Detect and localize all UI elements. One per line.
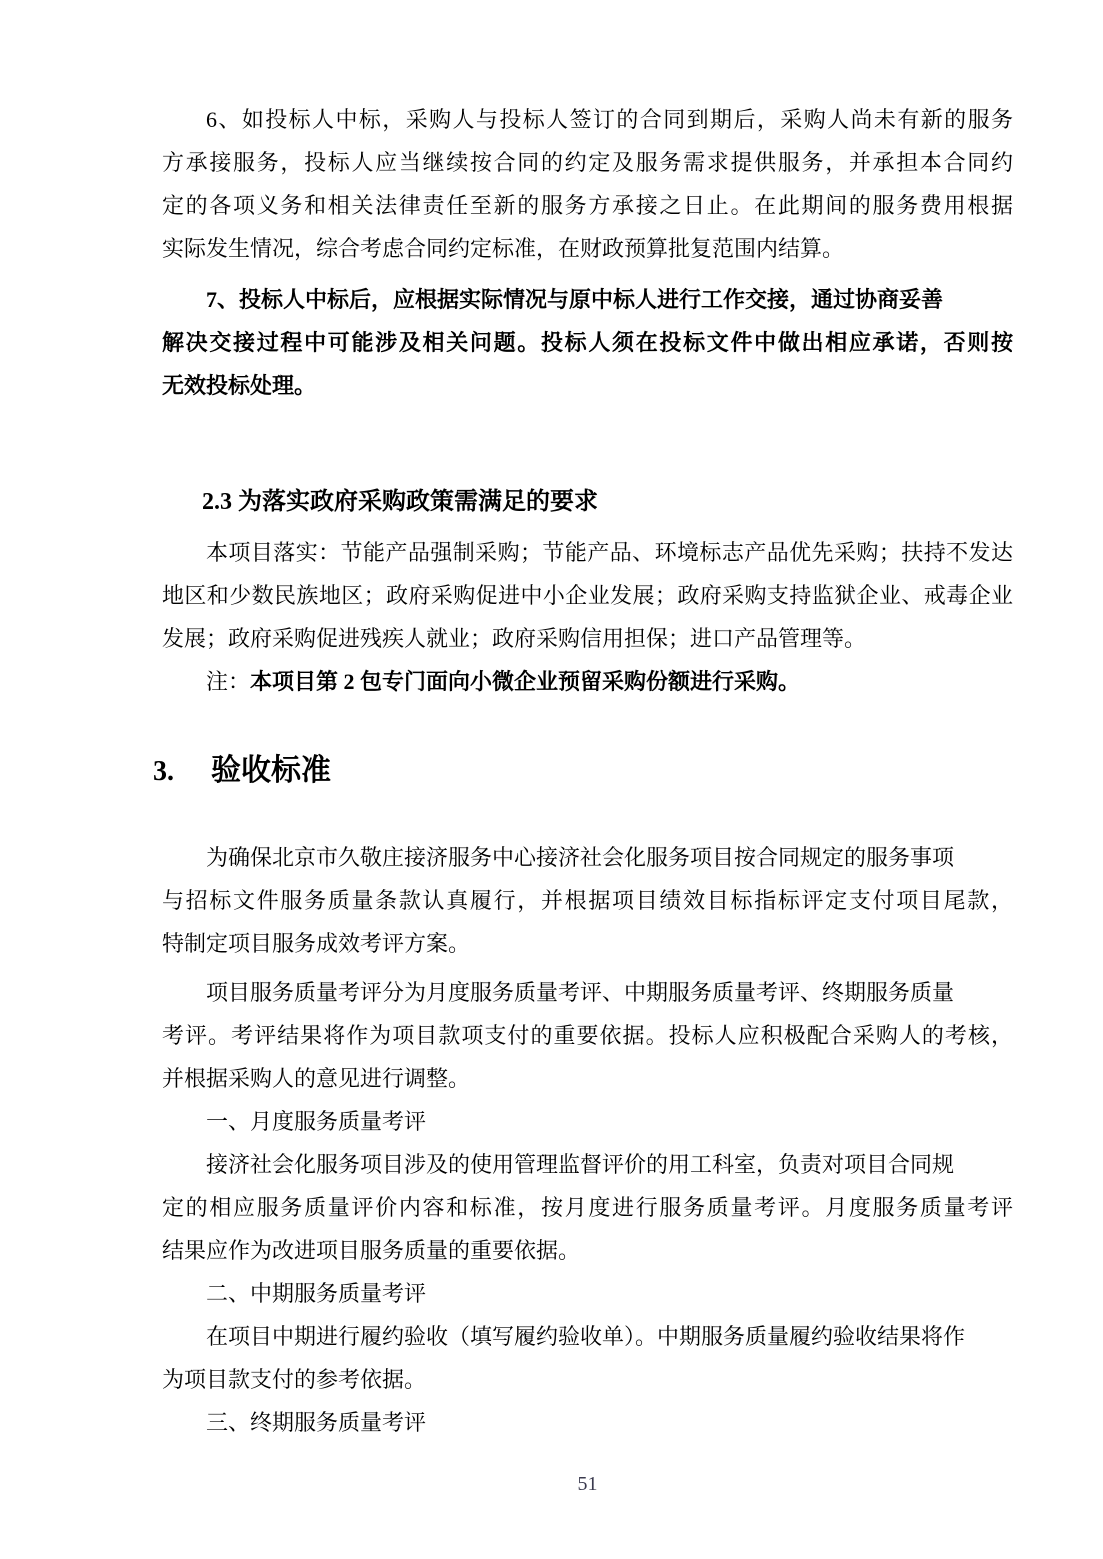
note-text: 本项目第 2 包专门面向小微企业预留采购份额进行采购。 <box>250 669 800 694</box>
text-line: 7、投标人中标后，应根据实际情况与原中标人进行工作交接，通过协商妥善 <box>162 278 1013 321</box>
page-number: 51 <box>162 1471 1013 1497</box>
paragraph-6: 6、如投标人中标，采购人与投标人签订的合同到期后，采购人尚未有新的服务 方承接服… <box>162 98 1013 270</box>
paragraph-7-bold: 7、投标人中标后，应根据实际情况与原中标人进行工作交接，通过协商妥善 解决交接过… <box>162 278 1013 407</box>
text-line: 在项目中期进行履约验收（填写履约验收单）。中期服务质量履约验收结果将作 <box>162 1315 1013 1358</box>
document-page: 6、如投标人中标，采购人与投标人签订的合同到期后，采购人尚未有新的服务 方承接服… <box>0 0 1103 1559</box>
section-3-heading: 3.验收标准 <box>153 749 1013 794</box>
text-line: 与招标文件服务质量条款认真履行，并根据项目绩效目标指标评定支付项目尾款， <box>162 879 1013 922</box>
text-line: 结果应作为改进项目服务质量的重要依据。 <box>162 1229 1013 1272</box>
text-line: 实际发生情况，综合考虑合同约定标准，在财政预算批复范围内结算。 <box>162 227 1013 270</box>
policy-paragraph: 本项目落实：节能产品强制采购；节能产品、环境标志产品优先采购；扶持不发达 地区和… <box>162 531 1013 660</box>
text-line: 定的各项义务和相关法律责任至新的服务方承接之日止。在此期间的服务费用根据 <box>162 184 1013 227</box>
midterm-evaluation-subheading: 二、中期服务质量考评 <box>162 1272 1013 1315</box>
text-line: 发展；政府采购促进残疾人就业；政府采购信用担保；进口产品管理等。 <box>162 617 1013 660</box>
text-line: 项目服务质量考评分为月度服务质量考评、中期服务质量考评、终期服务质量 <box>162 971 1013 1014</box>
text-line: 地区和少数民族地区；政府采购促进中小企业发展；政府采购支持监狱企业、戒毒企业 <box>162 574 1013 617</box>
evaluation-overview-paragraph: 项目服务质量考评分为月度服务质量考评、中期服务质量考评、终期服务质量 考评。考评… <box>162 971 1013 1100</box>
text-line: 方承接服务，投标人应当继续按合同的约定及服务需求提供服务，并承担本合同约 <box>162 141 1013 184</box>
text-line: 无效投标处理。 <box>162 364 1013 407</box>
text-line: 特制定项目服务成效考评方案。 <box>162 922 1013 965</box>
monthly-evaluation-paragraph: 接济社会化服务项目涉及的使用管理监督评价的用工科室，负责对项目合同规 定的相应服… <box>162 1143 1013 1272</box>
text-line: 定的相应服务质量评价内容和标准，按月度进行服务质量考评。月度服务质量考评 <box>162 1186 1013 1229</box>
text-line: 为项目款支付的参考依据。 <box>162 1358 1013 1401</box>
text-line: 考评。考评结果将作为项目款项支付的重要依据。投标人应积极配合采购人的考核， <box>162 1014 1013 1057</box>
text-line: 解决交接过程中可能涉及相关问题。投标人须在投标文件中做出相应承诺，否则按 <box>162 321 1013 364</box>
midterm-evaluation-paragraph: 在项目中期进行履约验收（填写履约验收单）。中期服务质量履约验收结果将作 为项目款… <box>162 1315 1013 1401</box>
document-content: 6、如投标人中标，采购人与投标人签订的合同到期后，采购人尚未有新的服务 方承接服… <box>162 0 1013 1497</box>
monthly-evaluation-subheading: 一、月度服务质量考评 <box>162 1100 1013 1143</box>
final-evaluation-subheading: 三、终期服务质量考评 <box>162 1401 1013 1444</box>
text-line: 为确保北京市久敬庄接济服务中心接济社会化服务项目按合同规定的服务事项 <box>162 836 1013 879</box>
section-3-number: 3. <box>153 750 211 794</box>
section-2-3-heading: 2.3 为落实政府采购政策需满足的要求 <box>162 481 1013 524</box>
text-line: 6、如投标人中标，采购人与投标人签订的合同到期后，采购人尚未有新的服务 <box>162 98 1013 141</box>
text-line: 接济社会化服务项目涉及的使用管理监督评价的用工科室，负责对项目合同规 <box>162 1143 1013 1186</box>
acceptance-intro-paragraph: 为确保北京市久敬庄接济服务中心接济社会化服务项目按合同规定的服务事项 与招标文件… <box>162 836 1013 965</box>
text-line: 本项目落实：节能产品强制采购；节能产品、环境标志产品优先采购；扶持不发达 <box>162 531 1013 574</box>
section-3-title: 验收标准 <box>211 754 331 787</box>
note-line: 注：本项目第 2 包专门面向小微企业预留采购份额进行采购。 <box>162 660 1013 703</box>
text-line: 并根据采购人的意见进行调整。 <box>162 1057 1013 1100</box>
note-prefix: 注： <box>206 669 250 694</box>
